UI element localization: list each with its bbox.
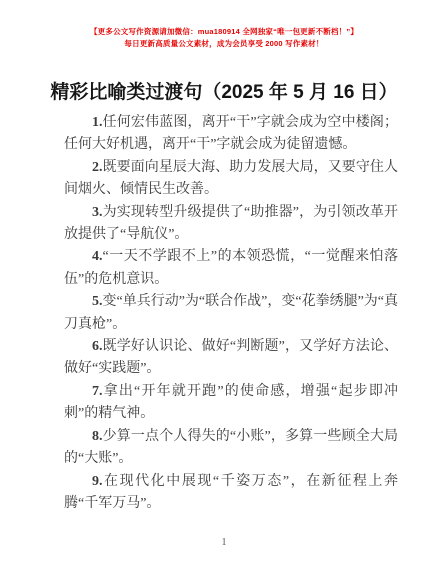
paragraph-text: 既学好认识论、做好“判断题”，又学好方法论、做好“实践题”。 <box>64 339 398 376</box>
promo-notice: 【更多公文写作资源请加微信：mua180914 全网独家“唯一包更新不断档！”】… <box>0 0 448 50</box>
paragraph: 1.任何宏伟蓝图，离开“干”字就会成为空中楼阁；任何大好机遇，离开“干”字就会成… <box>64 112 398 157</box>
paragraph-number: 9. <box>92 474 103 489</box>
paragraph-number: 4. <box>92 249 103 264</box>
paragraph-number: 8. <box>92 429 103 444</box>
paragraph-text: 任何宏伟蓝图，离开“干”字就会成为空中楼阁；任何大好机遇，离开“干”字就会成为徒… <box>64 115 398 152</box>
paragraph: 3.为实现转型升级提供了“助推器”，为引领改革开放提供了“导航仪”。 <box>64 202 398 247</box>
paragraph-number: 3. <box>92 205 103 220</box>
paragraph-text: 拿出“开年就开跑”的使命感，增强“起步即冲刺”的精气神。 <box>64 384 398 421</box>
paragraph-list: 1.任何宏伟蓝图，离开“干”字就会成为空中楼阁；任何大好机遇，离开“干”字就会成… <box>0 112 448 515</box>
paragraph-text: 为实现转型升级提供了“助推器”，为引领改革开放提供了“导航仪”。 <box>64 205 398 242</box>
paragraph: 7.拿出“开年就开跑”的使命感，增强“起步即冲刺”的精气神。 <box>64 381 398 426</box>
page-number: 1 <box>0 537 448 548</box>
paragraph-text: 变“单兵行动”为“联合作战”，变“花拳绣腿”为“真刀真枪”。 <box>64 294 398 331</box>
paragraph: 6.既学好认识论、做好“判断题”，又学好方法论、做好“实践题”。 <box>64 336 398 381</box>
paragraph-number: 7. <box>92 384 103 399</box>
paragraph-text: “一天不学跟不上”的本领恐慌，“一觉醒来怕落伍”的危机意识。 <box>64 249 398 286</box>
page-title: 精彩比喻类过渡句（2025 年 5 月 16 日） <box>10 81 438 105</box>
paragraph-number: 2. <box>92 160 103 175</box>
paragraph: 2.既要面向星辰大海、助力发展大局，又要守住人间烟火、倾情民生改善。 <box>64 157 398 202</box>
paragraph-number: 6. <box>92 339 103 354</box>
document-page: 【更多公文写作资源请加微信：mua180914 全网独家“唯一包更新不断档！”】… <box>0 0 448 580</box>
paragraph-text: 在现代化中展现“千姿万态”，在新征程上奔腾“千军万马”。 <box>64 474 398 511</box>
paragraph-number: 5. <box>92 294 103 309</box>
paragraph: 8.少算一点个人得失的“小账”，多算一些顾全大局的“大账”。 <box>64 426 398 471</box>
paragraph: 4.“一天不学跟不上”的本领恐慌，“一觉醒来怕落伍”的危机意识。 <box>64 246 398 291</box>
paragraph-text: 少算一点个人得失的“小账”，多算一些顾全大局的“大账”。 <box>64 429 398 466</box>
paragraph: 9.在现代化中展现“千姿万态”，在新征程上奔腾“千军万马”。 <box>64 471 398 516</box>
paragraph-number: 1. <box>92 115 103 130</box>
promo-line-2: 每日更新高质量公文素材，成为会员享受 2000 写作素材！ <box>0 38 448 50</box>
paragraph-text: 既要面向星辰大海、助力发展大局，又要守住人间烟火、倾情民生改善。 <box>64 160 398 197</box>
promo-line-1: 【更多公文写作资源请加微信：mua180914 全网独家“唯一包更新不断档！”】 <box>0 26 448 38</box>
paragraph: 5.变“单兵行动”为“联合作战”，变“花拳绣腿”为“真刀真枪”。 <box>64 291 398 336</box>
